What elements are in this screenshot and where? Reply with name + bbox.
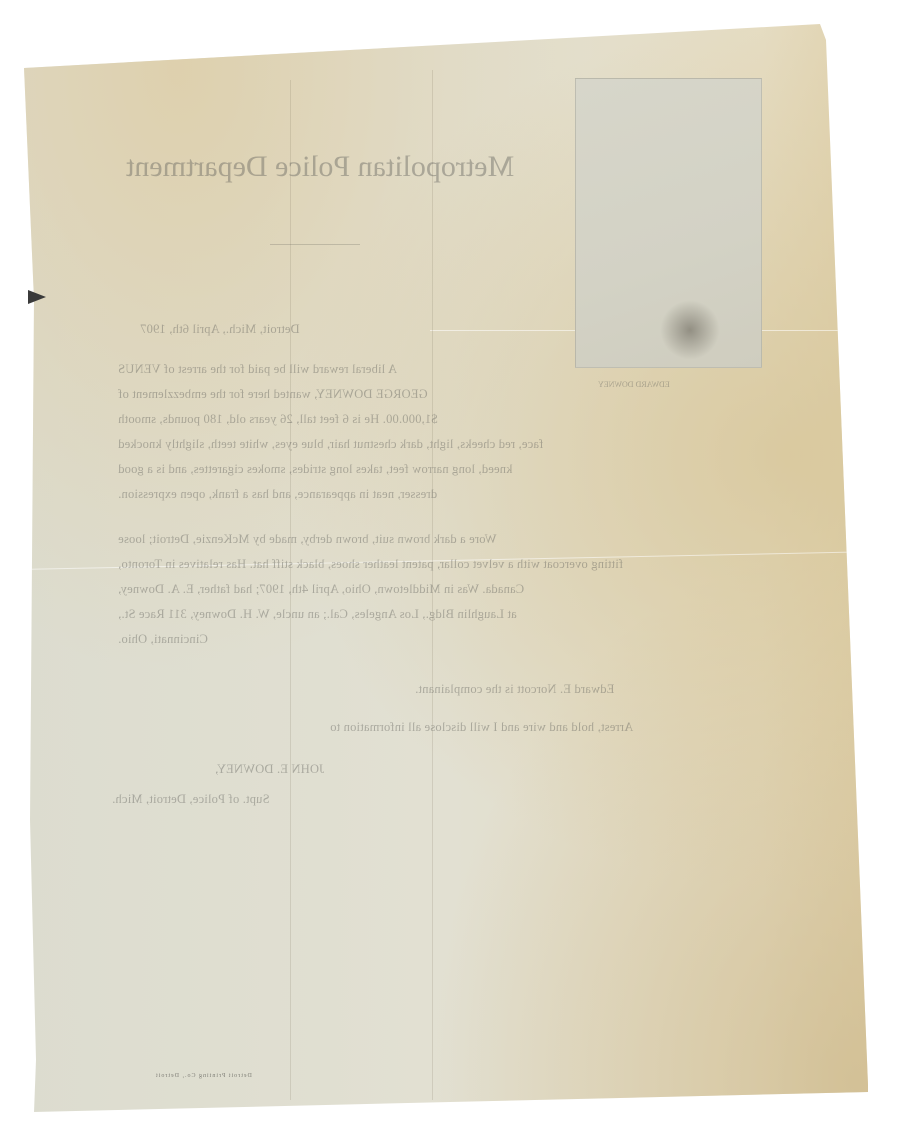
page-title: Metropolitan Police Department [95, 150, 545, 184]
paragraph-line: Canada. Was in Middletown, Ohio, April 4… [118, 582, 524, 597]
title-divider [270, 244, 360, 245]
paper-tear-mark [28, 290, 46, 304]
dateline: Detroit, Mich., April 6th, 1907 [140, 322, 300, 337]
instruction-line: Arrest, hold and wire and I will disclos… [330, 720, 633, 735]
paragraph-line: kneed, long narrow feet, takes long stri… [118, 462, 512, 477]
paragraph-line: GEORGE DOWNEY, wanted here for the embez… [118, 387, 428, 402]
signature-name: JOHN E. DOWNEY, [215, 762, 324, 777]
paragraph-line: Cincinnati, Ohio. [118, 632, 208, 647]
signature-title: Supt. of Police, Detroit, Mich. [112, 792, 270, 807]
paragraph-line: A liberal reward will be paid for the ar… [118, 362, 397, 377]
paragraph-line: face, red cheeks, light, dark chestnut h… [118, 437, 543, 452]
paragraph-line: Wore a dark brown suit, brown derby, mad… [118, 532, 497, 547]
paragraph-line: $1,000.00. He is 6 feet tall, 26 years o… [118, 412, 438, 427]
printer-imprint: Detroit Printing Co., Detroit [155, 1073, 252, 1079]
paragraph-line: at Laughlin Bldg., Los Angeles, Cal.; an… [118, 607, 517, 622]
photo-caption: EDWARD DOWNEY [598, 380, 670, 389]
paragraph-line: dresser, neat in appearance, and has a f… [118, 487, 437, 502]
complainant-line: Edward E. Norcott is the complainant. [415, 682, 614, 697]
paragraph-line: fitting overcoat with a velvet collar, p… [118, 557, 623, 572]
document-sheet: Metropolitan Police Department EDWARD DO… [0, 0, 897, 1138]
